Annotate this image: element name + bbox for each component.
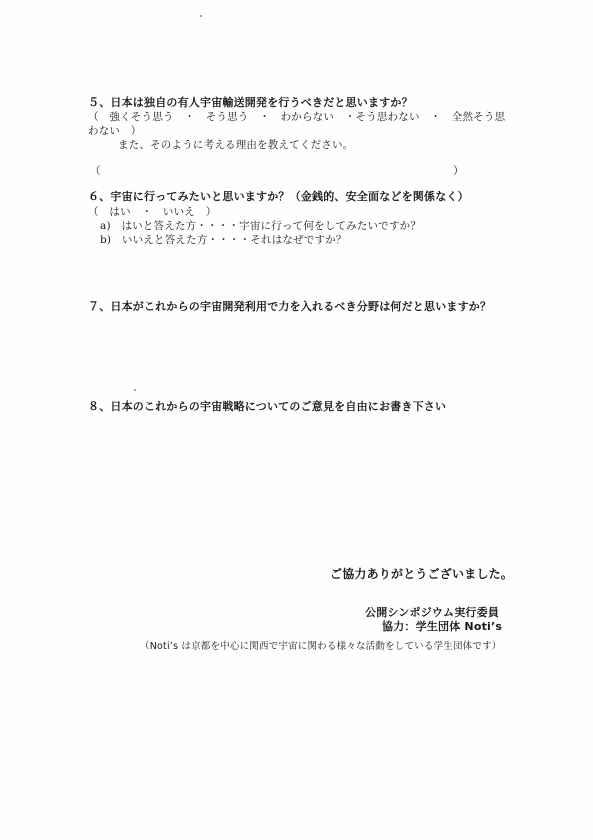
- cooperation-credit: 協力：学生団体 Noti’s: [382, 620, 502, 634]
- question-5-followup: また、そのように考える理由を教えてください。: [118, 138, 353, 152]
- organization-note: （Noti’s は京都を中心に関西で宇宙に関わる様々な活動をしている学生団体です…: [140, 640, 501, 654]
- question-6-sub-b: b) いいえと答えた方・・・・それはなぜですか？: [100, 233, 347, 247]
- question-6-options: （ はい ・ いいえ ）: [88, 205, 216, 219]
- scan-speck: [200, 15, 202, 17]
- organizer-name: 公開シンポジウム実行委員: [365, 606, 499, 620]
- question-5-answer-open-paren: （: [90, 164, 101, 178]
- thank-you-message: ご協力ありがとうございました。: [330, 567, 513, 581]
- question-5-answer-close-paren: ）: [453, 164, 464, 178]
- question-5-options-line2: わない ）: [88, 124, 142, 138]
- question-6-title: ６、宇宙に行ってみたいと思いますか？（金銭的、安全面などを関係なく）: [88, 190, 469, 204]
- question-5-title: ５、日本は独自の有人宇宙輸送開発を行うべきだと思いますか？: [88, 96, 413, 110]
- questionnaire-page: ５、日本は独自の有人宇宙輸送開発を行うべきだと思いますか？ （ 強くそう思う ・…: [0, 0, 593, 840]
- scan-speck: [134, 389, 136, 391]
- question-8-title: ８、日本のこれからの宇宙戦略についてのご意見を自由にお書き下さい: [88, 400, 446, 414]
- question-7-title: ７、日本がこれからの宇宙開発利用で力を入れるべき分野は何だと思いますか？: [88, 300, 491, 314]
- question-6-sub-a: a) はいと答えた方・・・・宇宙に行って何をしてみたいですか？: [100, 219, 421, 233]
- question-5-options-line1: （ 強くそう思う ・ そう思う ・ わからない ・そう思わない ・ 全然そう思: [88, 110, 505, 124]
